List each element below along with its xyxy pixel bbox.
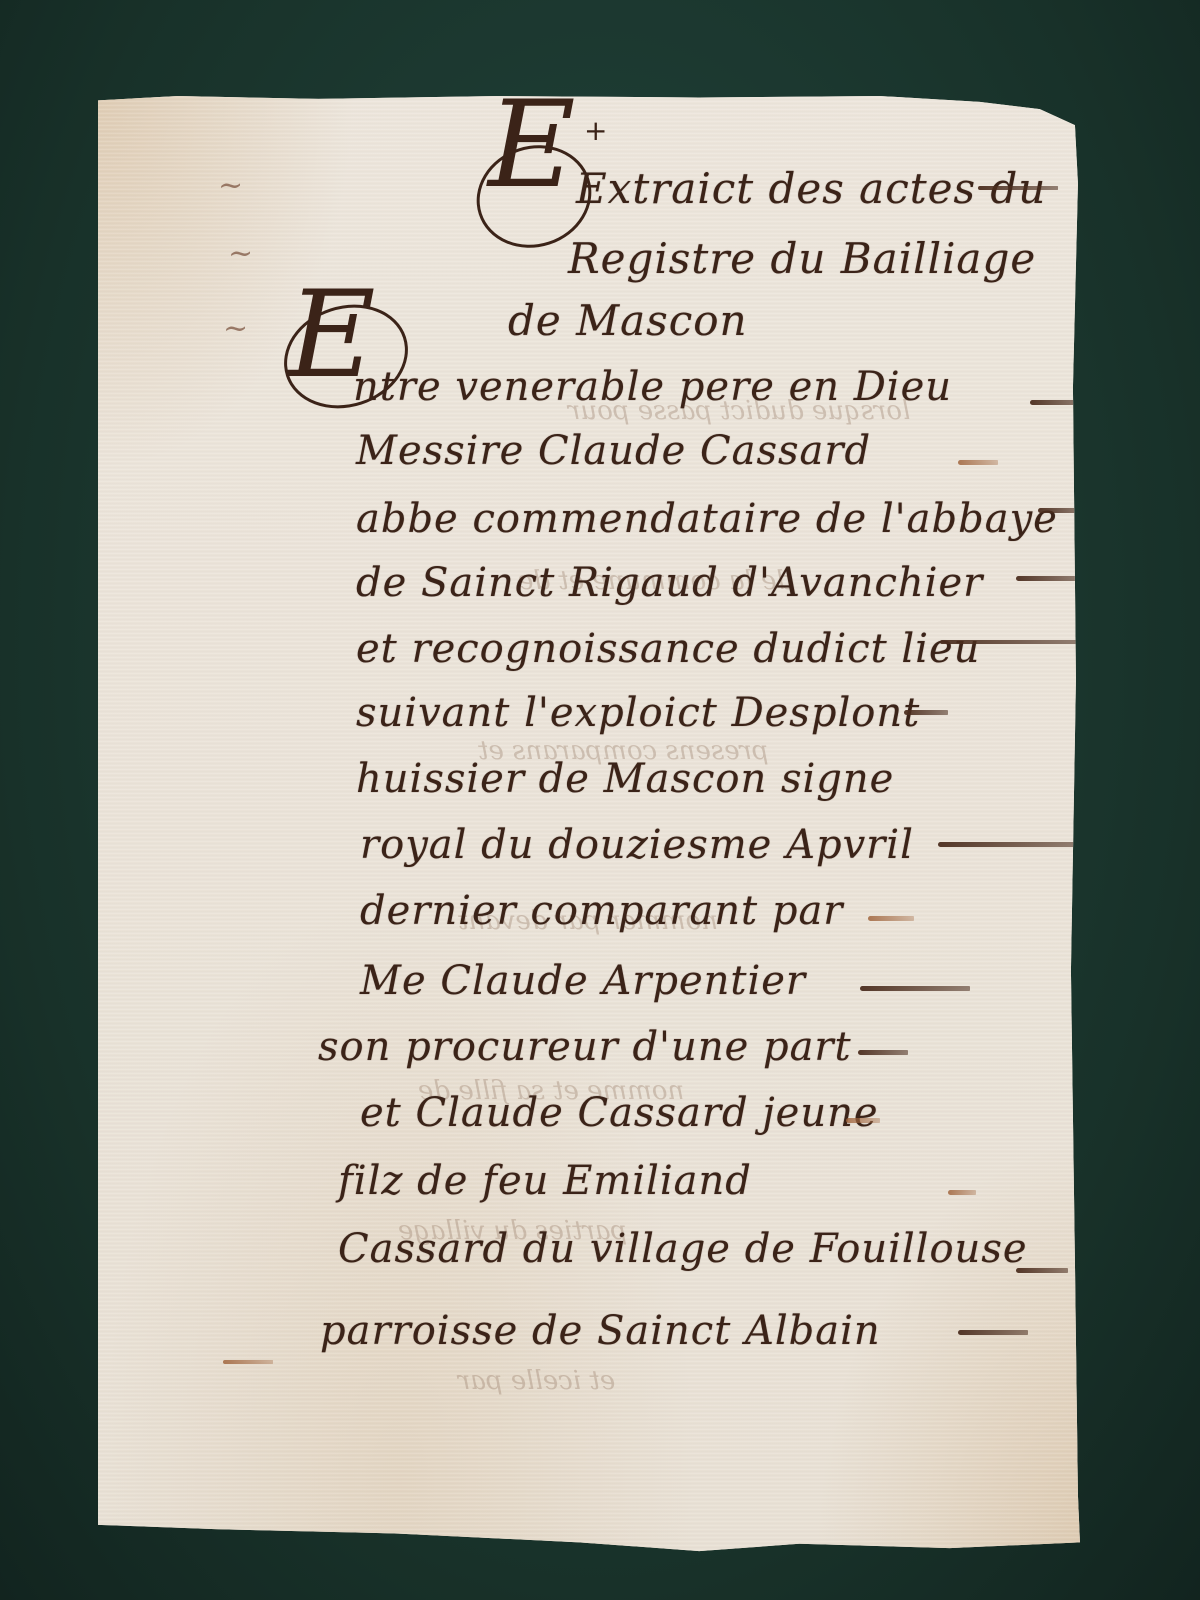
body-line: et Claude Cassard jeune bbox=[360, 1090, 879, 1136]
line-filler-dash bbox=[1038, 508, 1082, 513]
header-initial: E bbox=[488, 86, 576, 206]
line-filler-dash bbox=[846, 1118, 880, 1123]
line-filler-dash bbox=[938, 842, 1078, 847]
body-line: Cassard du village de Fouillouse bbox=[338, 1226, 1028, 1272]
header-line-1: Extraict des actes du bbox=[576, 164, 1046, 213]
line-filler-dash bbox=[904, 710, 948, 715]
body-line: royal du douziesme Apvril bbox=[360, 822, 914, 868]
line-filler-dash bbox=[1030, 400, 1082, 405]
line-filler-dash bbox=[940, 640, 1080, 644]
body-line: filz de feu Emiliand bbox=[338, 1158, 752, 1204]
margin-mark: ~ bbox=[218, 168, 243, 203]
line-filler-dash bbox=[868, 916, 914, 921]
margin-dash bbox=[223, 1360, 273, 1364]
body-line: ntre venerable pere en Dieu bbox=[353, 364, 952, 410]
body-line: son procureur d'une part bbox=[318, 1024, 852, 1070]
line-filler-dash bbox=[1016, 576, 1080, 581]
line-filler-dash bbox=[858, 1050, 908, 1055]
margin-mark: ~ bbox=[228, 236, 253, 271]
line-filler-dash bbox=[860, 986, 970, 991]
body-line: Me Claude Arpentier bbox=[360, 958, 806, 1004]
bleed-through-text: et icelle par bbox=[458, 1366, 615, 1396]
body-line: Messire Claude Cassard bbox=[356, 428, 871, 474]
body-line: et recognoissance dudict lieu bbox=[356, 626, 980, 672]
body-line: de Sainct Rigaud d'Avanchier bbox=[356, 560, 983, 606]
body-line: suivant l'exploict Desplont bbox=[356, 690, 920, 736]
body-line: huissier de Mascon signe bbox=[356, 756, 894, 802]
cross-mark: + bbox=[584, 114, 607, 147]
body-line: parroisse de Sainct Albain bbox=[320, 1308, 881, 1354]
margin-mark: ~ bbox=[223, 311, 248, 346]
line-filler-dash bbox=[978, 186, 1058, 190]
line-filler-dash bbox=[958, 460, 998, 465]
line-filler-dash bbox=[958, 1330, 1028, 1335]
body-line: abbe commendataire de l'abbaye bbox=[356, 496, 1058, 542]
header-line-3: de Mascon bbox=[508, 296, 748, 345]
header-line-2: Registre du Bailliage bbox=[568, 234, 1036, 283]
line-filler-dash bbox=[948, 1190, 976, 1195]
body-line: dernier comparant par bbox=[360, 888, 843, 934]
manuscript-page: lorsque dudict passe pour de la commune … bbox=[98, 96, 1100, 1554]
line-filler-dash bbox=[1016, 1268, 1068, 1273]
